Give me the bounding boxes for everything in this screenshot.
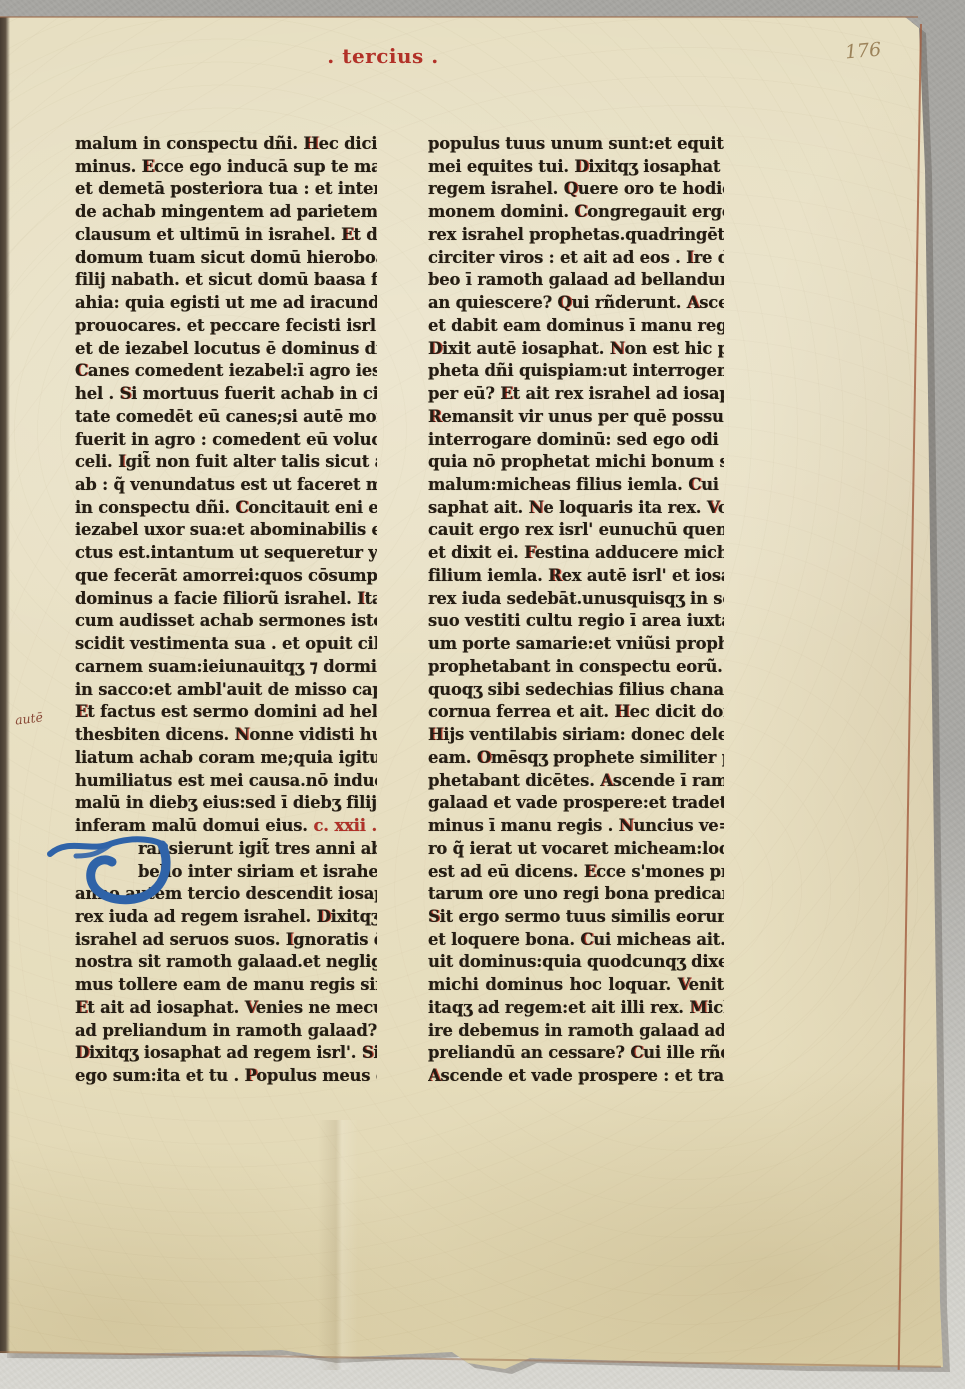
text-line: et de iezabel locutus ē dominus dicēs.: [75, 338, 377, 361]
text-column-right: populus tuus unum sunt:et equitesmei equ…: [428, 133, 724, 1088]
text-line: tate comedēt eū canes;si autē mortu9: [75, 406, 377, 429]
text-line: cauit ergo rex isrl' eunuchū quendam:: [428, 519, 724, 542]
text-line: michi dominus hoc loquar. Venit: [428, 974, 724, 997]
text-line: fuerit in agro : comedent eū volucres: [75, 429, 377, 452]
text-line: liatum achab coram me;quia igitur: [75, 747, 377, 770]
text-line: domum tuam sicut domū hieroboā: [75, 247, 377, 270]
text-line: nostra sit ramoth galaad.et negligi=: [75, 951, 377, 974]
text-line: et loquere bona. Cui micheas ait. Vi=: [428, 929, 724, 952]
running-header: . tercius .: [318, 44, 448, 68]
text-line: Canes comedent iezabel:ī agro iesra=: [75, 360, 377, 383]
text-line: et demetā posteriora tua : et interficiā: [75, 178, 377, 201]
text-line: et dabit eam dominus ī manu regis.: [428, 315, 724, 338]
text-line: ab : q̃ venundatus est ut faceret malū: [75, 474, 377, 497]
text-line: Et ait ad iosaphat. Venies ne mecum: [75, 997, 377, 1020]
text-line: mei equites tui. Dixitqʒ iosaphat ad: [428, 156, 724, 179]
text-line: Remansit vir unus per quē possumus: [428, 406, 724, 429]
text-line: ctus est.intantum ut sequeretur ydola: [75, 542, 377, 565]
text-line: galaad et vade prospere:et tradet do=: [428, 792, 724, 815]
text-line: Dixitqʒ iosaphat ad regem isrl'. Sicut: [75, 1042, 377, 1065]
text-line: iezabel uxor sua:et abominabilis effe=: [75, 519, 377, 542]
text-line: thesbiten dicens. Nonne vidisti humi: [75, 724, 377, 747]
text-line: clausum et ultimū in israhel. Et dabo: [75, 224, 377, 247]
text-line: suo vestiti cultu regio ī area iuxta ost…: [428, 610, 724, 633]
text-line: um porte samarie:et vniũsi prophete: [428, 633, 724, 656]
text-line: tarum ore uno regi bona predicant.: [428, 883, 724, 906]
text-line: ro q̃ ierat ut vocaret micheam:locut9: [428, 838, 724, 861]
text-line: Sit ergo sermo tuus similis eorum:: [428, 906, 724, 929]
leaf-edge-top: [0, 16, 918, 18]
text-line: que fecerāt amorrei:quos cōsumpsit: [75, 565, 377, 588]
text-line: per eū? Et ait rex israhel ad iosaphat.: [428, 383, 724, 406]
text-line: Hijs ventilabis siriam: donec deleas: [428, 724, 724, 747]
text-line: pheta dñi quispiam:ut interrogemus: [428, 360, 724, 383]
text-line: regem israhel. Quere oro te hodie ser=: [428, 178, 724, 201]
text-line: quoqʒ sibi sedechias filius chanana: [428, 679, 724, 702]
text-line: rex israhel prophetas.quadringētos: [428, 224, 724, 247]
text-line: malum:micheas filius iemla. Cui io=: [428, 474, 724, 497]
text-line: prouocares. et peccare fecisti isrl'. Se…: [75, 315, 377, 338]
text-line: ire debemus in ramoth galaad ad: [428, 1020, 724, 1043]
text-line: minus. Ecce ego inducā sup te malū.: [75, 156, 377, 179]
text-column-left: malum in conspectu dñi. Hec dicit do=min…: [75, 133, 377, 1088]
text-line: malum in conspectu dñi. Hec dicit do=: [75, 133, 377, 156]
text-line: ego sum:ita et tu . Populus meus et: [75, 1065, 377, 1088]
folio-number: 176: [844, 38, 882, 63]
text-line: Dixit autē iosaphat. Non est hic pro=: [428, 338, 724, 361]
text-line: interrogare dominū: sed ego odi eū=: [428, 429, 724, 452]
text-line: est ad eū dicens. Ecce s'mones prophe=: [428, 861, 724, 884]
initial-letter-stroke: [91, 845, 166, 900]
text-line: cum audisset achab sermones istos: [75, 610, 377, 633]
text-line: scidit vestimenta sua . et opuit cilicio: [75, 633, 377, 656]
text-line: in conspectu dñi. Concitauit eni eum: [75, 497, 377, 520]
gutter-shadow: [0, 17, 10, 1353]
text-line: celi. Igit̃ non fuit alter talis sicut a…: [75, 451, 377, 474]
text-line: prophetabant in conspectu eorũ. Fecit: [428, 656, 724, 679]
text-line: et dixit ei. Festina adducere micheam: [428, 542, 724, 565]
text-line: ad preliandum in ramoth galaad?: [75, 1020, 377, 1043]
text-line: beo ī ramoth galaad ad bellandum: [428, 269, 724, 292]
text-line: itaqʒ ad regem:et ait illi rex. Michea:: [428, 997, 724, 1020]
text-line: circiter viros : et ait ad eos . Ire de=: [428, 247, 724, 270]
text-line: an quiescere? Qui rñderunt. Ascende:: [428, 292, 724, 315]
text-line: mus tollere eam de manu regis sirie?: [75, 974, 377, 997]
text-line: minus ī manu regis . Nuncius ve=: [428, 815, 724, 838]
text-line: hel . Si mortuus fuerit achab in ciui=: [75, 383, 377, 406]
text-line: dominus a facie filiorũ israhel. Itaqʒ: [75, 588, 377, 611]
text-line: quia nō prophetat michi bonum sed: [428, 451, 724, 474]
text-line: carnem suam:ieiunauitqʒ ⁊ dormiuit: [75, 656, 377, 679]
text-line: Ascende et vade prospere : et tradet: [428, 1065, 724, 1088]
text-line: eam. Omēsqʒ prophete similiter pro=: [428, 747, 724, 770]
text-line: malū in diebʒ eius:sed ī diebʒ filij sui: [75, 792, 377, 815]
text-line: de achab mingentem ad parietem:et: [75, 201, 377, 224]
text-line: populus tuus unum sunt:et equites: [428, 133, 724, 156]
text-line: uit dominus:quia quodcunqʒ dixerit: [428, 951, 724, 974]
text-line: filium iemla. Rex autē isrl' et iosaphat: [428, 565, 724, 588]
text-line: in sacco:et ambl'auit de misso capite.: [75, 679, 377, 702]
text-line: saphat ait. Ne loquaris ita rex. Vo=: [428, 497, 724, 520]
text-line: Et factus est sermo domini ad heliam: [75, 701, 377, 724]
text-line: phetabant dicētes. Ascende ī ramoth: [428, 770, 724, 793]
text-line: rex iuda sedebāt.unusquisqʒ in solio: [428, 588, 724, 611]
text-line: humiliatus est mei causa.nō inducā: [75, 770, 377, 793]
text-line: monem domini. Congregauit ergo: [428, 201, 724, 224]
photo-background: . tercius . 176 autē malum in conspectu …: [0, 0, 965, 1389]
text-line: preliandū an cessare? Cui ille rñdit.: [428, 1042, 724, 1065]
text-line: ahia: quia egisti ut me ad iracundiā: [75, 292, 377, 315]
illuminated-initial: [46, 832, 180, 910]
text-line: cornua ferrea et ait. Hec dicit domin9.: [428, 701, 724, 724]
text-line: filij nabath. et sicut domū baasa filij: [75, 269, 377, 292]
text-line: israhel ad seruos suos. Ignoratis q̄: [75, 929, 377, 952]
